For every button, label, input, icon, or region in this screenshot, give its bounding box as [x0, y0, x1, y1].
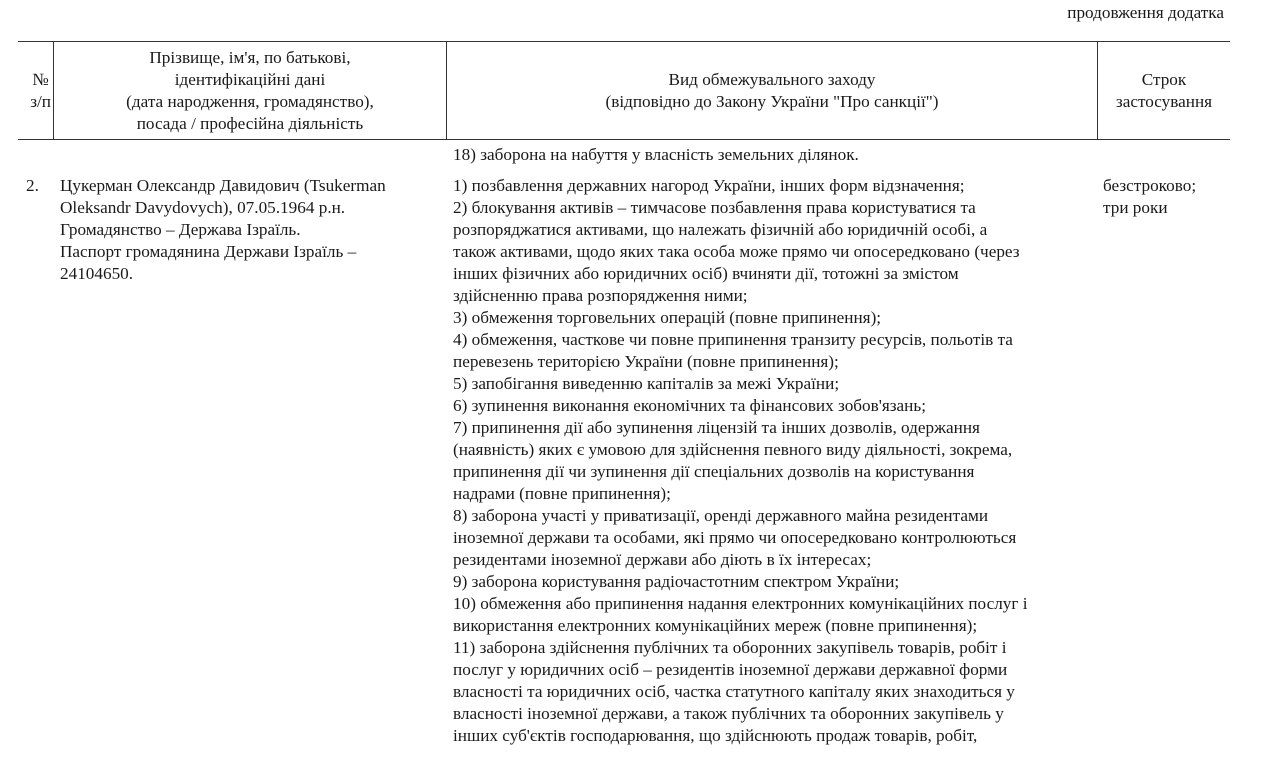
person-line: Oleksandr Davydovych), 07.05.1964 р.н. — [60, 197, 440, 219]
person-line: 24104650. — [60, 263, 440, 285]
measure-line: припинення дії чи зупинення дії спеціаль… — [453, 461, 1093, 483]
measure-line: 4) обмеження, часткове чи повне припинен… — [453, 329, 1093, 351]
measure-line: 2) блокування активів – тимчасове позбав… — [453, 197, 1093, 219]
measure-line: 11) заборона здійснення публічних та обо… — [453, 637, 1093, 659]
measure-line: розпоряджатися активами, що належать фіз… — [453, 219, 1093, 241]
header-person-line: посада / професійна діяльність — [126, 113, 374, 135]
header-term: Строк застосування — [1098, 42, 1230, 139]
header-measure-line: (відповідно до Закону України "Про санкц… — [605, 91, 938, 113]
measure-line: здійсненню права розпорядження ними; — [453, 285, 1093, 307]
continued-measure-text: 18) заборона на набуття у власність земе… — [453, 144, 859, 166]
measure-line: 6) зупинення виконання економічних та фі… — [453, 395, 1093, 417]
term-line: три роки — [1103, 197, 1228, 219]
measure-line: використання електронних комунікаційних … — [453, 615, 1093, 637]
measure-line: резидентами іноземної держави або діють … — [453, 549, 1093, 571]
header-term-line: Строк — [1116, 69, 1212, 91]
header-person-line: Прізвище, ім'я, по батькові, — [126, 47, 374, 69]
header-number-line: з/п — [30, 91, 51, 113]
continuation-label: продовження додатка — [1067, 2, 1224, 24]
header-number: № з/п — [18, 42, 54, 139]
header-measure-line: Вид обмежувального заходу — [605, 69, 938, 91]
header-person-line: ідентифікаційні дані — [126, 69, 374, 91]
person-line: Цукерман Олександр Давидович (Tsukerman — [60, 175, 440, 197]
measure-line: інших фізичних або юридичних осіб) вчиня… — [453, 263, 1093, 285]
measure-line: послуг у юридичних осіб – резидентів іно… — [453, 659, 1093, 681]
measure-line: власності та юридичних осіб, частка стат… — [453, 681, 1093, 703]
header-person: Прізвище, ім'я, по батькові, ідентифікац… — [54, 42, 447, 139]
row-number: 2. — [26, 175, 39, 197]
measure-line: надрами (повне припинення); — [453, 483, 1093, 505]
measure-line: 3) обмеження торговельних операцій (повн… — [453, 307, 1093, 329]
measure-line: 8) заборона участі у приватизації, оренд… — [453, 505, 1093, 527]
restrictive-measures-list: 1) позбавлення державних нагород України… — [453, 175, 1093, 747]
application-term: безстроково;три роки — [1103, 175, 1228, 219]
measure-line: іноземної держави та особами, які прямо … — [453, 527, 1093, 549]
person-details: Цукерман Олександр Давидович (TsukermanO… — [60, 175, 440, 285]
header-person-line: (дата народження, громадянство), — [126, 91, 374, 113]
header-term-line: застосування — [1116, 91, 1212, 113]
measure-line: 9) заборона користування радіочастотним … — [453, 571, 1093, 593]
term-line: безстроково; — [1103, 175, 1228, 197]
person-line: Паспорт громадянина Держави Ізраїль – — [60, 241, 440, 263]
measure-line: 7) припинення дії або зупинення ліцензій… — [453, 417, 1093, 439]
header-number-line: № — [30, 69, 51, 91]
measure-line: 5) запобігання виведенню капіталів за ме… — [453, 373, 1093, 395]
measure-line: (наявність) яких є умовою для здійснення… — [453, 439, 1093, 461]
measure-line: також активами, щодо яких така особа мож… — [453, 241, 1093, 263]
table-header: № з/п Прізвище, ім'я, по батькові, ідент… — [18, 41, 1230, 140]
measure-line: інших суб'єктів господарювання, що здійс… — [453, 725, 1093, 747]
measure-line: 10) обмеження або припинення надання еле… — [453, 593, 1093, 615]
measure-line: власності іноземної держави, а також пуб… — [453, 703, 1093, 725]
header-measure: Вид обмежувального заходу (відповідно до… — [447, 42, 1098, 139]
measure-line: 1) позбавлення державних нагород України… — [453, 175, 1093, 197]
person-line: Громадянство – Держава Ізраїль. — [60, 219, 440, 241]
measure-line: перевезень територією України (повне при… — [453, 351, 1093, 373]
